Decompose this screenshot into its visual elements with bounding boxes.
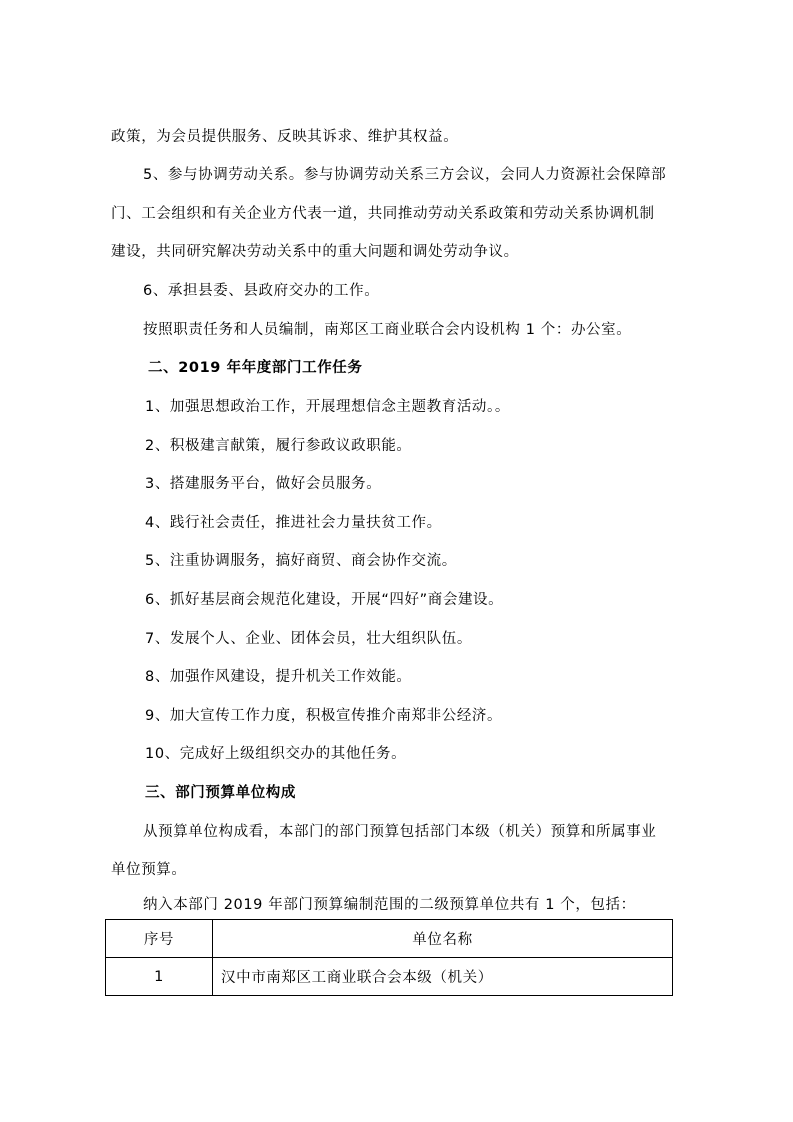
paragraph-line: 10、完成好上级组织交办的其他任务。 (145, 744, 406, 764)
header-index: 序号 (106, 920, 213, 958)
paragraph-line: 按照职责任务和人员编制，南郑区工商业联合会内设机构 1 个：办公室。 (143, 320, 631, 340)
paragraph-line: 5、注重协调服务，搞好商贸、商会协作交流。 (145, 551, 457, 571)
paragraph-line: 3、搭建服务平台，做好会员服务。 (145, 474, 381, 494)
paragraph-line: 建设，共同研究解决劳动关系中的重大问题和调处劳动争议。 (111, 242, 519, 262)
paragraph-line: 9、加大宣传工作力度，积极宣传推介南郑非公经济。 (145, 706, 502, 726)
paragraph-line: 门、工会组织和有关企业方代表一道，共同推动劳动关系政策和劳动关系协调机制 (111, 204, 655, 224)
budget-unit-table: 序号 单位名称 1 汉中市南郑区工商业联合会本级（机关） (105, 919, 673, 996)
table-header-row: 序号 单位名称 (106, 920, 673, 958)
paragraph-line: 1、加强思想政治工作，开展理想信念主题教育活动。。 (145, 397, 510, 417)
table-row: 1 汉中市南郑区工商业联合会本级（机关） (106, 958, 673, 996)
section-heading: 二、2019 年年度部门工作任务 (148, 358, 363, 378)
paragraph-line: 7、发展个人、企业、团体会员，壮大组织队伍。 (145, 629, 472, 649)
paragraph-line: 6、承担县委、县政府交办的工作。 (143, 281, 379, 301)
header-unit-name: 单位名称 (213, 920, 673, 958)
paragraph-line: 8、加强作风建设，提升机关工作效能。 (145, 667, 412, 687)
section-heading: 三、部门预算单位构成 (145, 783, 296, 803)
cell-unit-name: 汉中市南郑区工商业联合会本级（机关） (213, 958, 673, 996)
paragraph-line: 政策，为会员提供服务、反映其诉求、维护其权益。 (111, 127, 458, 147)
cell-index: 1 (106, 958, 213, 996)
paragraph-line: 单位预算。 (111, 860, 187, 880)
paragraph-line: 2、积极建言献策，履行参政议政职能。 (145, 436, 412, 456)
paragraph-line: 纳入本部门 2019 年部门预算编制范围的二级预算单位共有 1 个，包括： (143, 895, 636, 915)
paragraph-line: 4、践行社会责任，推进社会力量扶贫工作。 (145, 513, 442, 533)
paragraph-line: 从预算单位构成看，本部门的部门预算包括部门本级（机关）预算和所属事业 (143, 822, 656, 842)
paragraph-line: 6、抓好基层商会规范化建设，开展“四好”商会建设。 (145, 590, 503, 610)
paragraph-line: 5、参与协调劳动关系。参与协调劳动关系三方会议，会同人力资源社会保障部 (143, 165, 666, 185)
